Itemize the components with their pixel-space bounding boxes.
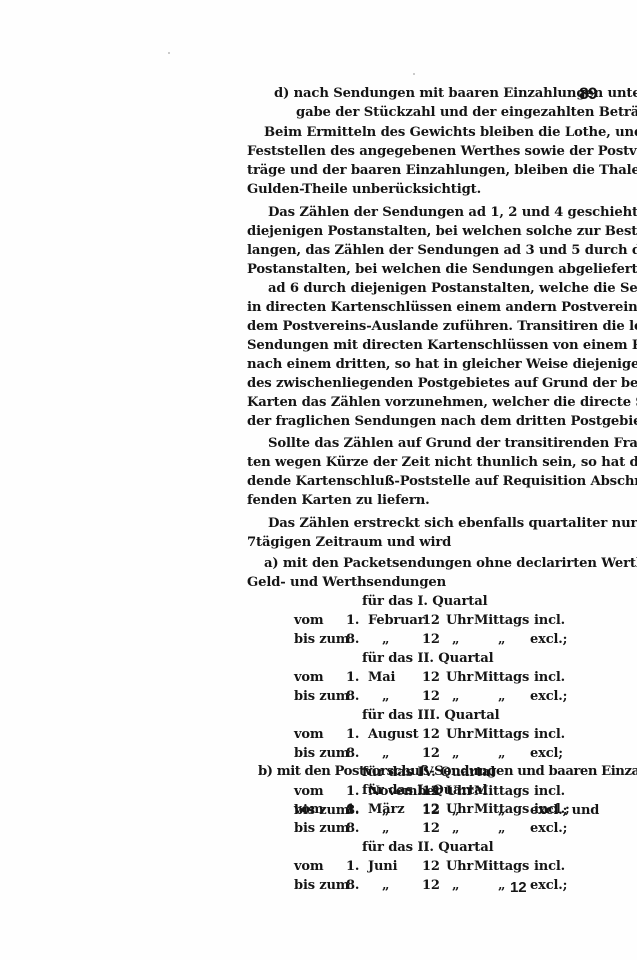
text-line: b) mit den Postvorschuß-Sendungen und ba… [258,762,637,781]
text-line: Karten das Zählen vorzunehmen, welcher d… [247,393,599,412]
text-line: nach einem dritten, so hat in gleicher W… [247,355,599,374]
text-line: Gulden-Theile unberücksichtigt. [247,180,481,199]
text-line: Das Zählen erstreckt sich ebenfalls quar… [268,514,599,533]
schedule-month: Mai [368,668,395,687]
schedule-day: 1. [346,725,359,744]
schedule-flag: incl. [534,857,565,876]
schedule-flag: excl; [530,744,563,763]
schedule-day: 8. [346,687,359,706]
schedule-time: Mittags [474,857,529,876]
schedule-flag: excl.; [530,630,567,649]
schedule-hour: 12 [422,611,440,630]
schedule-flag: incl. [534,782,565,801]
text-line: 7tägigen Zeitraum und wird [247,533,451,552]
schedule-unit: „ [452,630,459,649]
schedule-time: „ [498,876,505,895]
schedule-hour: 12 [422,876,440,895]
text-line: dende Kartenschluß-Poststelle auf Requis… [247,472,599,491]
schedule-month: „ [382,744,389,763]
text-line: Sendungen mit directen Kartenschlüssen v… [247,336,599,355]
schedule-day: 1. [346,800,359,819]
schedule-hour: 12 [422,630,440,649]
schedule-unit: Uhr [446,668,473,687]
schedule-time: Mittags [474,611,529,630]
schedule-hour: 12 [422,744,440,763]
schedule-day: 1. [346,611,359,630]
schedule-label: bis zum [294,819,349,838]
quarter-heading: für das II. Quartal [362,649,493,668]
schedule-flag: incl. [534,725,565,744]
schedule-label: bis zum [294,744,349,763]
schedule-hour: 12 [422,725,440,744]
text-line: Geld- und Werthsendungen [247,573,446,592]
schedule-month: März [368,800,404,819]
schedule-label: bis zum [294,876,349,895]
schedule-day: 1. [346,857,359,876]
schedule-time: „ [498,630,505,649]
text-line: des zwischenliegenden Postgebietes auf G… [247,374,599,393]
schedule-month: Juni [368,857,397,876]
text-line: Beim Ermitteln des Gewichts bleiben die … [264,123,599,142]
schedule-hour: 12 [422,819,440,838]
schedule-day: 8. [346,876,359,895]
text-line: fenden Karten zu liefern. [247,491,430,510]
schedule-unit: „ [452,687,459,706]
schedule-flag: excl.; [530,687,567,706]
text-line: d) nach Sendungen mit baaren Einzahlunge… [274,84,599,103]
quarter-heading: für das II. Quartal [362,838,493,857]
schedule-label: bis zum [294,630,349,649]
schedule-month: „ [382,687,389,706]
schedule-label: vom [294,725,324,744]
schedule-flag: excl.; [530,876,567,895]
schedule-hour: 12 [422,668,440,687]
schedule-label: vom [294,800,324,819]
text-line: ten wegen Kürze der Zeit nicht thunlich … [247,453,599,472]
schedule-month: „ [382,630,389,649]
schedule-hour: 12 [422,857,440,876]
quarter-heading: für das III. Quartal [362,706,499,725]
schedule-flag: excl.; [530,819,567,838]
schedule-month: Februar [368,611,424,630]
scan-speck [413,73,415,75]
schedule-flag: incl.; [534,800,570,819]
schedule-time: Mittags [474,725,529,744]
text-line: träge und der baaren Einzahlungen, bleib… [247,161,599,180]
schedule-unit: Uhr [446,857,473,876]
schedule-month: „ [382,876,389,895]
schedule-hour: 12 [422,800,440,819]
schedule-unit: Uhr [446,611,473,630]
schedule-time: Mittags [474,800,529,819]
text-line: diejenigen Postanstalten, bei welchen so… [247,222,599,241]
text-line: Postanstalten, bei welchen die Sendungen… [247,260,599,279]
scan-speck [168,52,170,54]
schedule-time: „ [498,744,505,763]
schedule-month: „ [382,819,389,838]
schedule-day: 1. [346,782,359,801]
quarter-heading: für das I. Quartal [362,781,487,800]
catchword: 12 [510,878,526,897]
schedule-day: 1. [346,668,359,687]
schedule-unit: „ [452,819,459,838]
text-line: Feststellen des angegebenen Werthes sowi… [247,142,599,161]
schedule-day: 8. [346,630,359,649]
schedule-label: bis zum [294,687,349,706]
schedule-unit: Uhr [446,800,473,819]
schedule-flag: incl. [534,668,565,687]
text-line: a) mit den Packetsendungen ohne declarir… [264,554,599,573]
schedule-time: „ [498,687,505,706]
book-page: 89 d) nach Sendungen mit baaren Einzahlu… [0,0,637,960]
schedule-flag: incl. [534,611,565,630]
text-line: dem Postvereins-Auslande zuführen. Trans… [247,317,599,336]
schedule-label: vom [294,611,324,630]
schedule-month: August [368,725,419,744]
schedule-unit: Uhr [446,725,473,744]
quarter-heading: für das I. Quartal [362,592,487,611]
schedule-label: vom [294,782,324,801]
text-line: in directen Kartenschlüssen einem andern… [247,298,599,317]
text-line: der fraglichen Sendungen nach dem dritte… [247,412,637,431]
schedule-day: 8. [346,819,359,838]
text-line: Sollte das Zählen auf Grund der transiti… [268,434,599,453]
text-line: ad 6 durch diejenigen Postanstalten, wel… [268,279,599,298]
schedule-time: „ [498,819,505,838]
schedule-label: vom [294,857,324,876]
schedule-day: 8. [346,744,359,763]
schedule-unit: „ [452,744,459,763]
schedule-label: vom [294,668,324,687]
text-line: Das Zählen der Sendungen ad 1, 2 und 4 g… [268,203,599,222]
text-line: langen, das Zählen der Sendungen ad 3 un… [247,241,599,260]
schedule-time: Mittags [474,668,529,687]
schedule-hour: 12 [422,687,440,706]
schedule-unit: „ [452,876,459,895]
text-line: gabe der Stückzahl und der eingezahlten … [296,103,637,122]
